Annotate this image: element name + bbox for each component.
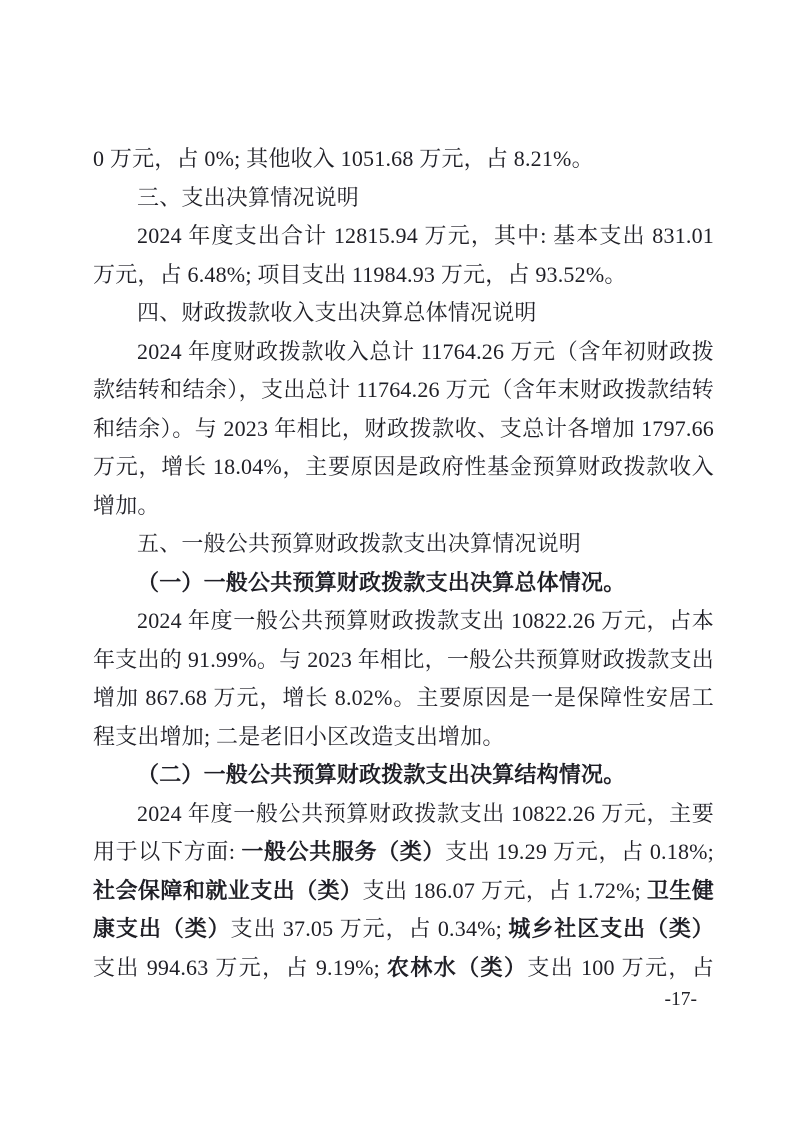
para-other-income-continuation: 0 万元，占 0%; 其他收入 1051.68 万元，占 8.21%。: [93, 140, 714, 179]
subheading-five-two: （二）一般公共预算财政拨款支出决算结构情况。: [93, 756, 714, 795]
para-expenditure-summary: 2024 年度支出合计 12815.94 万元，其中: 基本支出 831.01 …: [93, 217, 714, 294]
para-general-budget-overall: 2024 年度一般公共预算财政拨款支出 10822.26 万元，占本年支出的 9…: [93, 602, 714, 756]
text-segment: 支出 994.63 万元，占 9.19%;: [93, 955, 387, 980]
bold-text-segment: 城乡社区支出（类）: [508, 916, 714, 941]
document-page: 0 万元，占 0%; 其他收入 1051.68 万元，占 8.21%。三、支出决…: [0, 0, 793, 1122]
bold-text-segment: 农林水（类）: [387, 955, 527, 980]
bold-text-segment: （二）一般公共预算财政拨款支出决算结构情况。: [137, 762, 625, 787]
text-segment: 支出 100 万元，占: [527, 955, 714, 980]
text-segment: 支出 186.07 万元，占 1.72%;: [362, 878, 646, 903]
bold-text-segment: 社会保障和就业支出（类）: [93, 878, 362, 903]
text-segment: 2024 年度财政拨款收入总计 11764.26 万元（含年初财政拨款结转和结余…: [93, 339, 714, 518]
text-segment: 四、财政拨款收入支出决算总体情况说明: [137, 300, 537, 325]
bold-text-segment: （一）一般公共预算财政拨款支出决算总体情况。: [137, 570, 625, 595]
text-segment: 三、支出决算情况说明: [137, 185, 359, 210]
text-segment: 五、一般公共预算财政拨款支出决算情况说明: [137, 531, 581, 556]
text-segment: 2024 年度一般公共预算财政拨款支出 10822.26 万元，占本年支出的 9…: [93, 608, 714, 749]
text-segment: 0 万元，占 0%; 其他收入 1051.68 万元，占 8.21%。: [93, 146, 594, 171]
page-number: -17-: [665, 988, 698, 1012]
bold-text-segment: 一般公共服务（类）: [241, 839, 445, 864]
text-segment: 2024 年度支出合计 12815.94 万元，其中: 基本支出 831.01 …: [93, 223, 714, 287]
heading-section-four: 四、财政拨款收入支出决算总体情况说明: [93, 294, 714, 333]
document-body: 0 万元，占 0%; 其他收入 1051.68 万元，占 8.21%。三、支出决…: [93, 140, 714, 987]
text-segment: 支出 37.05 万元，占 0.34%;: [231, 916, 509, 941]
heading-section-five: 五、一般公共预算财政拨款支出决算情况说明: [93, 525, 714, 564]
heading-section-three: 三、支出决算情况说明: [93, 179, 714, 218]
para-general-budget-structure: 2024 年度一般公共预算财政拨款支出 10822.26 万元，主要用于以下方面…: [93, 795, 714, 988]
para-fiscal-allocation-summary: 2024 年度财政拨款收入总计 11764.26 万元（含年初财政拨款结转和结余…: [93, 333, 714, 526]
subheading-five-one: （一）一般公共预算财政拨款支出决算总体情况。: [93, 564, 714, 603]
text-segment: 支出 19.29 万元，占 0.18%;: [445, 839, 714, 864]
